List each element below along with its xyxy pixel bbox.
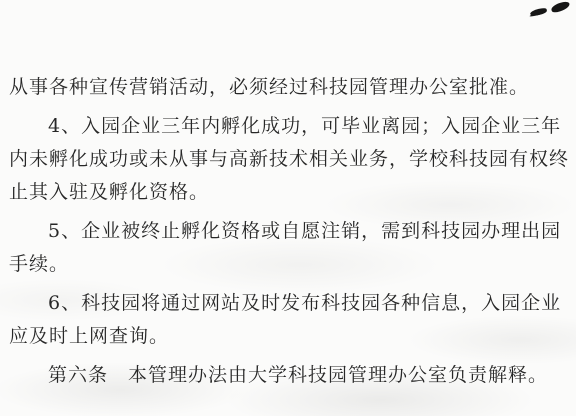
ink-smudge-large xyxy=(550,0,571,13)
text-line-9: 第六条 本管理办法由大学科技园管理办公室负责解释。 xyxy=(9,359,567,392)
scanned-document-page: 从事各种宣传营销活动，必须经过科技园管理办公室批准。 4、入园企业三年内孵化成功… xyxy=(0,0,576,416)
text-line-4: 止其入驻及孵化资格。 xyxy=(9,176,567,209)
text-line-6: 手续。 xyxy=(9,248,567,281)
document-body: 从事各种宣传营销活动，必须经过科技园管理办公室批准。 4、入园企业三年内孵化成功… xyxy=(9,71,567,392)
text-line-7: 6、科技园将通过网站及时发布科技园各种信息，入园企业 xyxy=(9,287,567,320)
text-line-3: 内未孵化成功或未从事与高新技术相关业务，学校科技园有权终 xyxy=(9,143,567,176)
text-line-8: 应及时上网查询。 xyxy=(9,320,567,353)
ink-smudge-small xyxy=(530,7,548,16)
text-line-5: 5、企业被终止孵化资格或自愿注销，需到科技园办理出园 xyxy=(9,215,567,248)
text-line-2: 4、入园企业三年内孵化成功，可毕业离园；入园企业三年 xyxy=(9,110,567,143)
text-line-1: 从事各种宣传营销活动，必须经过科技园管理办公室批准。 xyxy=(9,71,567,104)
